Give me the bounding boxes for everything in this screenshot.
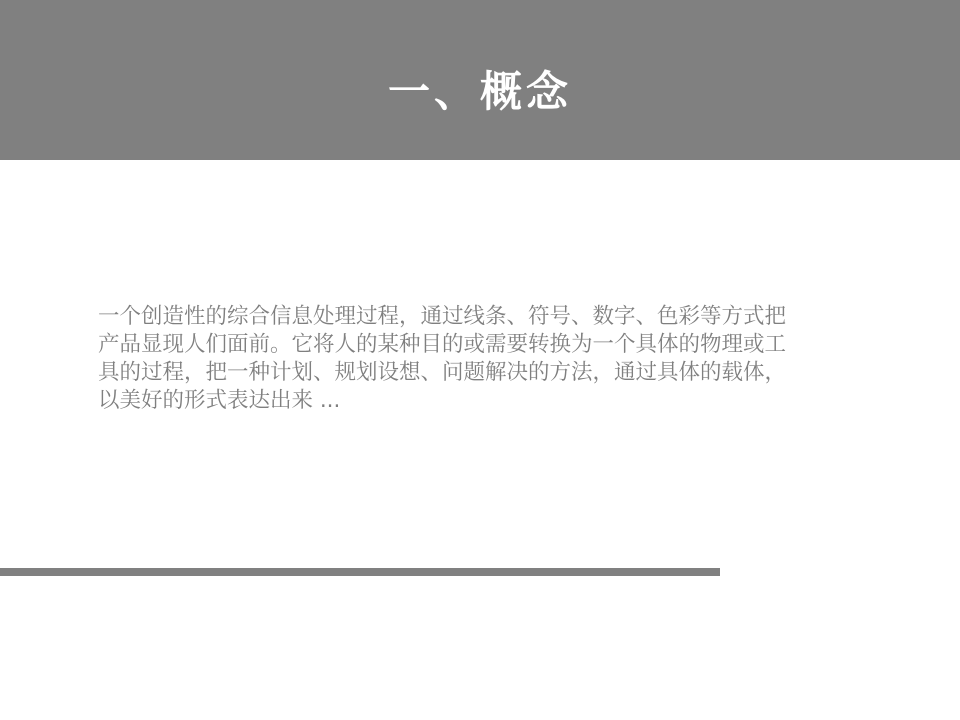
title-banner: 一、概念 <box>0 0 960 160</box>
divider-bar <box>0 568 720 576</box>
concept-paragraph: 一个创造性的综合信息处理过程，通过线条、符号、数字、色彩等方式把 产品显现人们面… <box>98 303 878 415</box>
slide-title: 一、概念 <box>0 62 960 122</box>
paragraph-line: 以美好的形式表达出来 ... <box>98 387 878 415</box>
paragraph-line: 一个创造性的综合信息处理过程，通过线条、符号、数字、色彩等方式把 <box>98 303 878 331</box>
paragraph-line: 具的过程，把一种计划、规划设想、问题解决的方法，通过具体的载体， <box>98 359 878 387</box>
paragraph-line: 产品显现人们面前。它将人的某种目的或需要转换为一个具体的物理或工 <box>98 331 878 359</box>
